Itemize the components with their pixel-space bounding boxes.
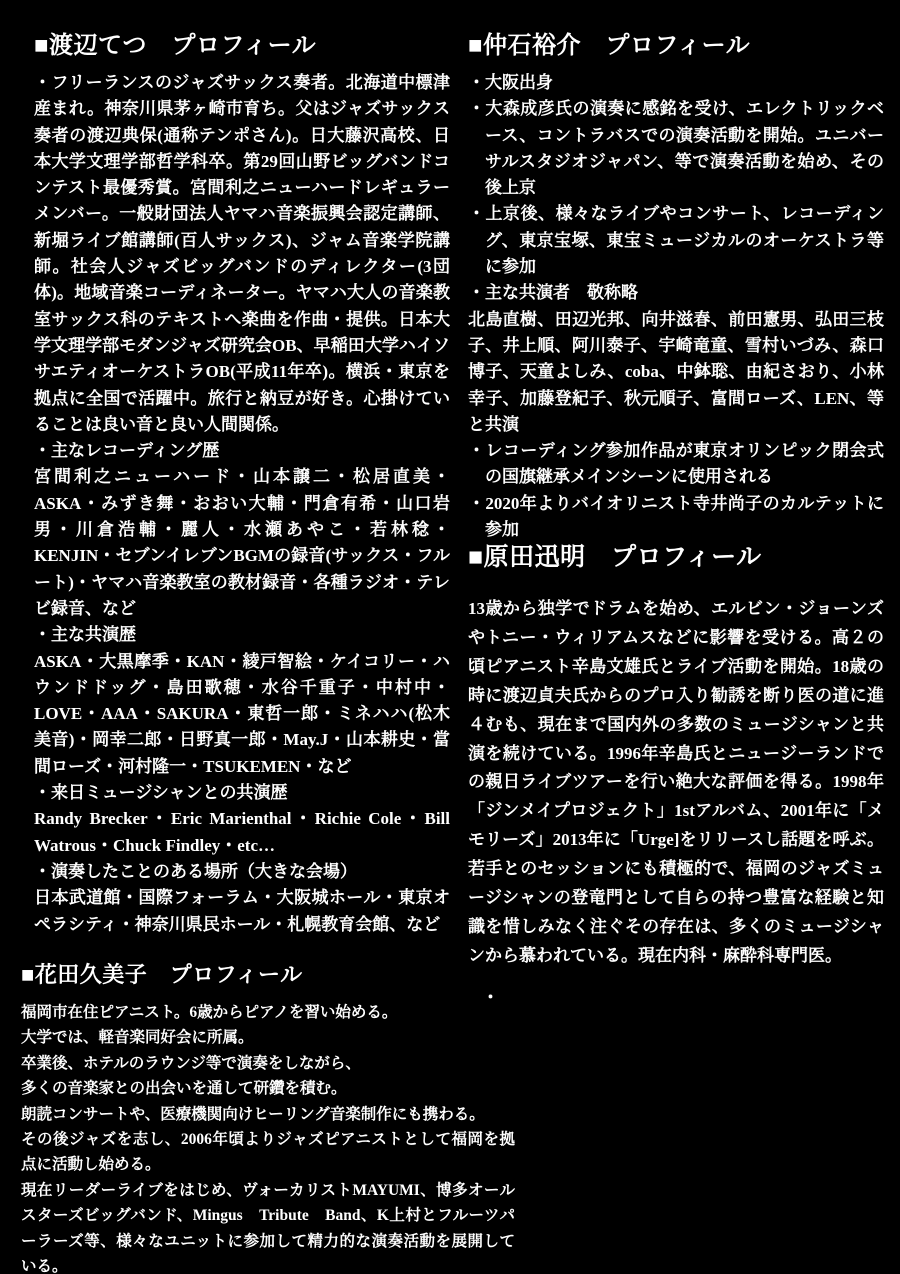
nakaishi-bullet-item: ・大阪出身: [468, 70, 884, 96]
profile-section-watanabe-tetsu: ■渡辺てつ プロフィール ・フリーランスのジャズサックス奏者。北海道中標津産まれ…: [34, 31, 450, 938]
nakaishi-bullet-item: ・上京後、様々なライブやコンサート、レコーディング、東京宝塚、東宝ミュージカルの…: [468, 201, 884, 280]
hanada-line: 卒業後、ホテルのラウンジ等で演奏をしながら、: [21, 1051, 515, 1076]
watanabe-international-heading: ・来日ミュージシャンとの共演歴: [34, 780, 450, 806]
section-title-hanada: ■花田久美子 プロフィール: [21, 960, 515, 990]
hanada-line: 大学では、軽音楽同好会に所属。: [21, 1025, 515, 1050]
nakaishi-bullet-item: ・2020年よりバイオリニスト寺井尚子のカルテットに参加: [468, 491, 884, 544]
watanabe-international-list: Randy Brecker・Eric Marienthal・Richie Col…: [34, 806, 450, 859]
watanabe-venues-heading: ・演奏したことのある場所（大きな会場）: [34, 859, 450, 885]
profile-section-harada: ■原田迅明 プロフィール 13歳から独学でドラムを始め、エルビン・ジョーンズやト…: [468, 543, 884, 1011]
profile-section-nakaishi-yusuke: ■仲石裕介 プロフィール ・大阪出身 ・大森成彦氏の演奏に感銘を受け、エレクトリ…: [468, 31, 884, 543]
nakaishi-bullet-item: ・大森成彦氏の演奏に感銘を受け、エレクトリックベース、コントラバスでの演奏活動を…: [468, 96, 884, 201]
hanada-line: 多くの音楽家との出会いを通して研鑽を積む。: [21, 1076, 515, 1101]
watanabe-venues-list: 日本武道館・国際フォーラム・大阪城ホール・東京オペラシティ・神奈川県民ホール・札…: [34, 885, 450, 938]
harada-body-paragraph: 13歳から独学でドラムを始め、エルビン・ジョーンズやトニー・ウィリアムスなどに影…: [468, 595, 884, 971]
harada-trailing-bullet: ・: [468, 985, 884, 1011]
watanabe-costar-heading: ・主な共演歴: [34, 622, 450, 648]
section-title-watanabe: ■渡辺てつ プロフィール: [34, 31, 450, 61]
hanada-line: 朗読コンサートや、医療機関向けヒーリング音楽制作にも携わる。: [21, 1102, 515, 1127]
hanada-line: 福岡市在住ピアニスト。6歳からピアノを習い始める。: [21, 1000, 515, 1025]
watanabe-recording-list: 宮間利之ニューハード・山本譲二・松居直美・ASKA・みずき舞・おおい大輔・門倉有…: [34, 464, 450, 622]
watanabe-recording-heading: ・主なレコーディング歴: [34, 438, 450, 464]
profile-section-hanada-kumiko: ■花田久美子 プロフィール 福岡市在住ピアニスト。6歳からピアノを習い始める。 …: [21, 960, 515, 1274]
nakaishi-costar-heading: ・主な共演者 敬称略: [468, 280, 884, 306]
watanabe-costar-list: ASKA・大黒摩季・KAN・綾戸智絵・ケイコリー・ハウンドドッグ・島田歌穂・水谷…: [34, 649, 450, 780]
hanada-line: 現在リーダーライブをはじめ、ヴォーカリストMAYUMI、博多オールスターズビッグ…: [21, 1178, 515, 1274]
section-title-harada: ■原田迅明 プロフィール: [468, 543, 884, 573]
section-title-nakaishi: ■仲石裕介 プロフィール: [468, 31, 884, 61]
hanada-line: その後ジャズを志し、2006年頃よりジャズピアニストとして福岡を拠点に活動し始め…: [21, 1127, 515, 1178]
nakaishi-collaborators-paragraph: 北島直樹、田辺光邦、向井滋春、前田憲男、弘田三枝子、井上順、阿川泰子、宇崎竜童、…: [468, 307, 884, 438]
nakaishi-bullet-item: ・レコーディング参加作品が東京オリンピック閉会式の国旗継承メインシーンに使用され…: [468, 438, 884, 491]
watanabe-intro-paragraph: ・フリーランスのジャズサックス奏者。北海道中標津産まれ。神奈川県茅ヶ崎市育ち。父…: [34, 70, 450, 438]
profile-sheet: ■渡辺てつ プロフィール ・フリーランスのジャズサックス奏者。北海道中標津産まれ…: [0, 0, 900, 1274]
